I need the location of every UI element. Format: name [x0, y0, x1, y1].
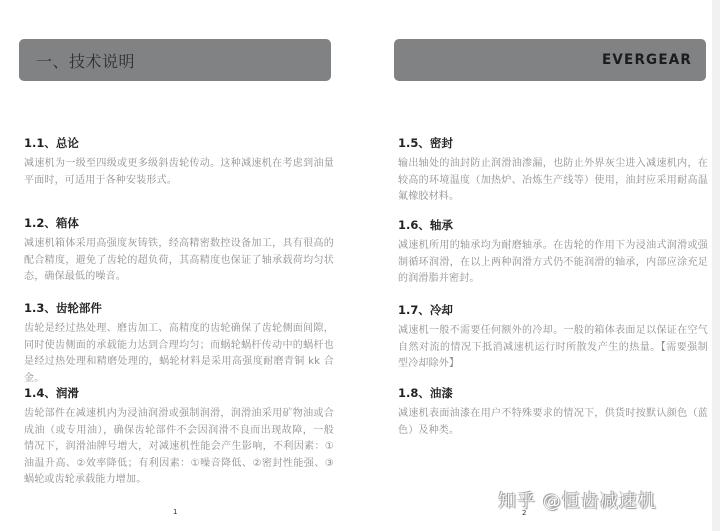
section-title: 1.5、密封: [398, 136, 708, 150]
section-cooling: 1.7、冷却 减速机一般不需要任何额外的冷却。一般的箱体表面足以保证在空气自然对…: [398, 303, 708, 373]
section-title: 1.7、冷却: [398, 303, 708, 317]
section-title: 1.6、轴承: [398, 218, 708, 232]
section-body: 减速机箱体采用高强度灰铸铁，经高精密数控设备加工，具有很高的配合精度，避免了齿轮…: [24, 236, 334, 286]
section-gear-parts: 1.3、齿轮部件 齿轮是经过热处理、磨齿加工、高精度的齿轮确保了齿轮侧面间隙，同…: [24, 301, 334, 387]
section-paint: 1.8、油漆 减速机表面油漆在用户不特殊要求的情况下，供货时按默认颜色（蓝色）及…: [398, 386, 708, 439]
section-lubrication: 1.4、润滑 齿轮部件在减速机内为浸油润滑或强制润滑，润滑油采用矿物油或合成油（…: [24, 386, 334, 489]
section-title: 1.4、润滑: [24, 386, 334, 400]
section-body: 齿轮部件在减速机内为浸油润滑或强制润滑，润滑油采用矿物油或合成油（或专用油），确…: [24, 406, 334, 489]
section-bearing: 1.6、轴承 减速机所用的轴承均为耐磨轴承。在齿轮的作用下为浸油式润滑或强制循环…: [398, 218, 708, 288]
section-body: 输出轴处的油封防止润滑油渗漏，也防止外界灰尘进入减速机内，在较高的环境温度（加热…: [398, 156, 708, 206]
left-page: 一、技术说明 1.1、总论 减速机为一级至四级或更多级斜齿轮传动。这种减速机在考…: [0, 0, 360, 531]
page-edge-strip: [712, 0, 720, 531]
section-body: 减速机表面油漆在用户不特殊要求的情况下，供货时按默认颜色（蓝色）及种类。: [398, 406, 708, 439]
page-number: 1: [173, 508, 177, 516]
brand-header-bar: EVERGEAR: [394, 39, 706, 81]
section-body: 减速机为一级至四级或更多级斜齿轮传动。这种减速机在考虑到油量平面时，可适用于各种…: [24, 156, 334, 189]
section-body: 齿轮是经过热处理、磨齿加工、高精度的齿轮确保了齿轮侧面间隙，同时使齿侧面的承载能…: [24, 321, 334, 387]
section-housing: 1.2、箱体 减速机箱体采用高强度灰铸铁，经高精密数控设备加工，具有很高的配合精…: [24, 216, 334, 286]
document-spread: 一、技术说明 1.1、总论 减速机为一级至四级或更多级斜齿轮传动。这种减速机在考…: [0, 0, 720, 531]
section-title: 1.8、油漆: [398, 386, 708, 400]
section-body: 减速机所用的轴承均为耐磨轴承。在齿轮的作用下为浸油式润滑或强制循环润滑，在以上两…: [398, 238, 708, 288]
right-page: EVERGEAR 1.5、密封 输出轴处的油封防止润滑油渗漏，也防止外界灰尘进入…: [372, 0, 712, 531]
brand-logo: EVERGEAR: [602, 52, 706, 69]
section-sealing: 1.5、密封 输出轴处的油封防止润滑油渗漏，也防止外界灰尘进入减速机内，在较高的…: [398, 136, 708, 206]
section-title: 1.2、箱体: [24, 216, 334, 230]
section-header-bar: 一、技术说明: [19, 39, 331, 81]
section-general: 1.1、总论 减速机为一级至四级或更多级斜齿轮传动。这种减速机在考虑到油量平面时…: [24, 136, 334, 189]
watermark: 知乎 @恒齿减速机: [498, 487, 657, 513]
section-title: 1.1、总论: [24, 136, 334, 150]
section-body: 减速机一般不需要任何额外的冷却。一般的箱体表面足以保证在空气自然对流的情况下抵消…: [398, 323, 708, 373]
section-header-title: 一、技术说明: [19, 49, 135, 72]
section-title: 1.3、齿轮部件: [24, 301, 334, 315]
